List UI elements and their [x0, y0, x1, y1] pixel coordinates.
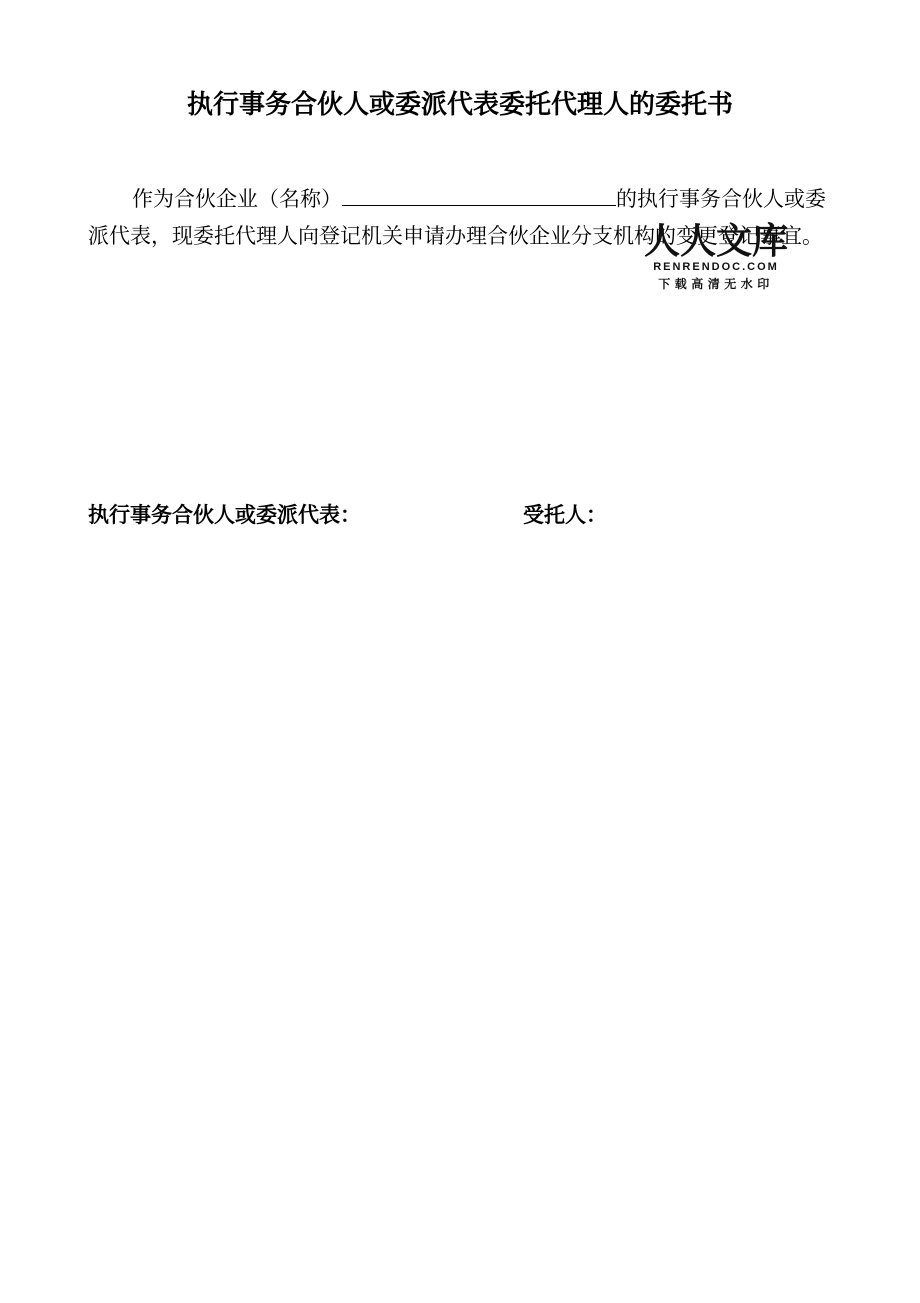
- watermark-tagline: 下载高清无水印: [638, 277, 794, 291]
- body-paragraph-line-1: 作为合伙企业（名称）__________________________的执行事…: [88, 184, 882, 212]
- watermark: 人人文库 RENRENDOC.COM 下载高清无水印: [638, 222, 794, 291]
- watermark-brand: 人人文库: [638, 222, 794, 260]
- paragraph-line1-prefix: 作为合伙企业（名称）: [132, 187, 342, 211]
- signature-label-executive-partner: 执行事务合伙人或委派代表：: [88, 503, 361, 528]
- document-page: 执行事务合伙人或委派代表委托代理人的委托书 作为合伙企业（名称）________…: [0, 0, 920, 1303]
- watermark-domain: RENRENDOC.COM: [638, 261, 794, 274]
- document-title: 执行事务合伙人或委派代表委托代理人的委托书: [0, 89, 920, 120]
- paragraph-line1-suffix: 的执行事务合伙人或委: [616, 187, 826, 211]
- signature-label-trustee: 受托人：: [523, 503, 607, 528]
- partnership-name-blank-line: __________________________: [342, 184, 616, 206]
